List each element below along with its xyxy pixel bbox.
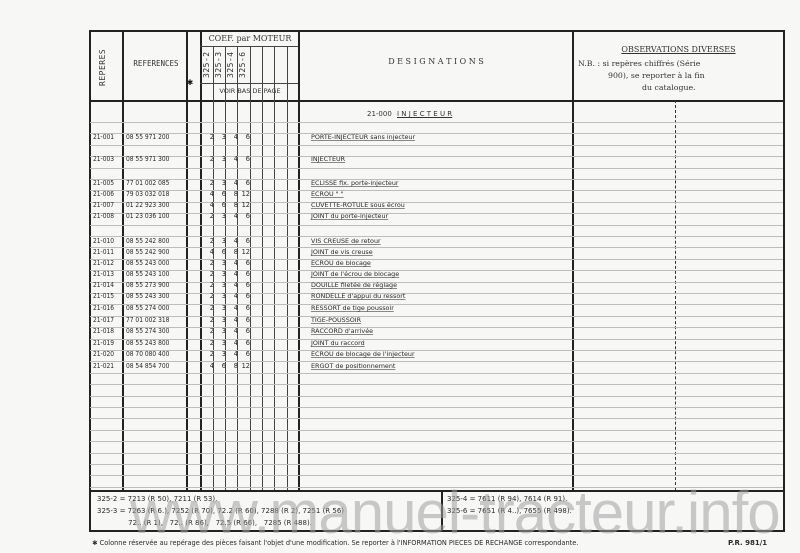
coef-cell: 6	[238, 270, 250, 278]
coef-cell: 12	[238, 248, 250, 256]
coef-cell: 3	[214, 304, 226, 312]
repere-cell: 21-020	[93, 350, 114, 358]
ruled-line	[90, 441, 783, 442]
coef-col-325-6: 325-6	[238, 50, 248, 80]
designation-cell: VIS CREUSE de retour	[311, 237, 381, 245]
designation-cell: ECLISSE fix. porte-injecteur	[311, 179, 399, 187]
coef-cell: 6	[238, 292, 250, 300]
designation-cell: ECROU de blocage	[311, 259, 371, 267]
coef-cell: 2	[202, 292, 214, 300]
coef-cell: 8	[226, 248, 238, 256]
observations-note-line1: N.B. : si repères chiffrés (Série	[578, 59, 700, 68]
designation-cell: ECROU " "	[311, 190, 344, 198]
coef-cell: 3	[214, 350, 226, 358]
reference-cell: 08 54 854 700	[126, 362, 169, 370]
repere-cell: 21-015	[93, 292, 114, 300]
col-sep-coef-1	[213, 47, 214, 490]
coef-cell: 2	[202, 212, 214, 220]
ruled-line	[90, 225, 783, 226]
col-sep-designations	[572, 30, 574, 490]
repere-cell: 21-021	[93, 362, 114, 370]
col-sep-observations	[675, 100, 677, 490]
reference-cell: 08 55 243 300	[126, 292, 169, 300]
ruled-line	[90, 168, 783, 169]
reperes-header: REPERES	[98, 40, 107, 95]
coef-cell: 4	[202, 201, 214, 209]
coef-cell: 6	[238, 133, 250, 141]
col-sep-coef-6	[274, 47, 275, 490]
ruled-line	[90, 327, 783, 328]
coef-header: COEF. par MOTEUR	[202, 34, 298, 43]
coef-cell: 2	[202, 237, 214, 245]
repere-cell: 21-013	[93, 270, 114, 278]
reference-cell: 08 55 971 300	[126, 155, 169, 163]
ruled-line	[90, 361, 783, 362]
coef-cell: 4	[226, 237, 238, 245]
coef-cell: 4	[226, 339, 238, 347]
coef-cell: 3	[214, 155, 226, 163]
coef-col-325-4: 325-4	[226, 50, 236, 80]
ruled-line	[90, 384, 783, 385]
designation-cell: PORTE-INJECTEUR sans injecteur	[311, 133, 415, 141]
ruled-line	[90, 304, 783, 305]
repere-cell: 21-011	[93, 248, 114, 256]
coef-cell: 3	[214, 281, 226, 289]
reference-cell: 79 03 032 018	[126, 190, 169, 198]
asterisk-icon: ✱	[187, 77, 193, 88]
coef-cell: 4	[226, 259, 238, 267]
coef-cell: 2	[202, 350, 214, 358]
ruled-line	[90, 122, 783, 123]
coef-cell: 4	[226, 155, 238, 163]
coef-cell: 2	[202, 270, 214, 278]
repere-cell: 21-003	[93, 155, 114, 163]
observations-note-line2: 900), se reporter à la fin	[608, 71, 705, 80]
designation-cell: RESSORT de tige poussoir	[311, 304, 394, 312]
repere-cell: 21-008	[93, 212, 114, 220]
observations-header: OBSERVATIONS DIVERSES	[574, 45, 783, 54]
repere-cell: 21-001	[93, 133, 114, 141]
repere-cell: 21-007	[93, 201, 114, 209]
repere-cell: 21-006	[93, 190, 114, 198]
coef-cell: 4	[226, 327, 238, 335]
coef-cell: 3	[214, 327, 226, 335]
ruled-line	[90, 475, 783, 476]
coef-cell: 4	[202, 362, 214, 370]
coef-cell: 3	[214, 292, 226, 300]
col-sep-coef-3	[237, 47, 238, 490]
voir-bas-de-page: VOIR BAS DE PAGE	[202, 87, 298, 95]
reference-cell: 08 55 243 000	[126, 259, 169, 267]
coef-cell: 12	[238, 362, 250, 370]
col-sep-coef-5	[262, 47, 263, 490]
coef-cell: 4	[226, 292, 238, 300]
coef-cell: 4	[226, 179, 238, 187]
reference-cell: 08 55 274 300	[126, 327, 169, 335]
col-sep-coef-4	[250, 47, 251, 490]
coef-cell: 6	[214, 248, 226, 256]
coef-cell: 6	[238, 304, 250, 312]
ruled-line	[90, 396, 783, 397]
ruled-line	[90, 373, 783, 374]
ruled-line	[90, 430, 783, 431]
section-title: I N J E C T E U R	[397, 110, 452, 118]
coef-cell: 4	[226, 304, 238, 312]
coef-cell: 6	[238, 237, 250, 245]
reference-cell: 08 55 971 200	[126, 133, 169, 141]
coef-cell: 4	[226, 212, 238, 220]
reference-cell: 08 70 080 400	[126, 350, 169, 358]
repere-cell: 21-018	[93, 327, 114, 335]
watermark-text: www.manuel-tracteur.info	[130, 478, 780, 547]
ruled-line	[90, 464, 783, 465]
repere-cell: 21-010	[93, 237, 114, 245]
reference-cell: 01 22 923 300	[126, 201, 169, 209]
reference-cell: 08 55 242 900	[126, 248, 169, 256]
coef-cell: 2	[202, 259, 214, 267]
ruled-line	[90, 247, 783, 248]
coef-cell: 2	[202, 327, 214, 335]
ruled-line	[90, 418, 783, 419]
coef-cell: 4	[202, 190, 214, 198]
ruled-line	[90, 270, 783, 271]
designation-cell: TIGE-POUSSOIR	[311, 316, 361, 324]
coef-cell: 6	[214, 201, 226, 209]
coef-cell: 8	[226, 190, 238, 198]
col-sep-coef-end	[298, 30, 300, 490]
frame-left	[89, 30, 91, 532]
repere-cell: 21-017	[93, 316, 114, 324]
coef-cell: 6	[238, 281, 250, 289]
coef-cell: 2	[202, 281, 214, 289]
designation-cell: JOINT de l'écrou de blocage	[311, 270, 399, 278]
reference-cell: 08 55 273 900	[126, 281, 169, 289]
designation-cell: CUVETTE-ROTULE sous écrou	[311, 201, 405, 209]
coef-cell: 3	[214, 237, 226, 245]
coef-cell: 8	[226, 201, 238, 209]
designation-cell: JOINT du raccord	[311, 339, 365, 347]
ruled-line	[90, 236, 783, 237]
repere-cell: 21-005	[93, 179, 114, 187]
reference-cell: 08 55 242 800	[126, 237, 169, 245]
header-bottom-rule	[89, 100, 785, 102]
coef-cell: 6	[238, 350, 250, 358]
reference-cell: 77 01 002 318	[126, 316, 169, 324]
designations-header: D E S I G N A T I O N S	[300, 57, 572, 66]
coef-cell: 6	[238, 339, 250, 347]
col-sep-reperes	[122, 30, 124, 490]
coef-cell: 3	[214, 179, 226, 187]
coef-cell: 4	[226, 350, 238, 358]
coef-cell: 8	[226, 362, 238, 370]
reference-cell: 77 01 002 085	[126, 179, 169, 187]
repere-cell: 21-016	[93, 304, 114, 312]
frame-top	[89, 30, 785, 32]
coef-cell: 3	[214, 316, 226, 324]
col-sep-coef-2	[225, 47, 226, 490]
coef-cell: 6	[238, 155, 250, 163]
coef-cell: 3	[214, 259, 226, 267]
repere-cell: 21-019	[93, 339, 114, 347]
coef-cell: 3	[214, 339, 226, 347]
coef-cell: 4	[226, 316, 238, 324]
coef-cell: 6	[238, 259, 250, 267]
ruled-line	[90, 293, 783, 294]
coef-cell: 2	[202, 179, 214, 187]
ruled-line	[90, 213, 783, 214]
col-sep-references	[186, 30, 188, 490]
coef-cell: 2	[202, 339, 214, 347]
designation-cell: RACCORD d'arrivée	[311, 327, 373, 335]
coef-cell: 4	[202, 248, 214, 256]
ruled-line	[90, 259, 783, 260]
ruled-line	[90, 350, 783, 351]
coef-voir-rule	[200, 83, 298, 84]
ruled-line	[90, 190, 783, 191]
coef-cell: 3	[214, 212, 226, 220]
coef-cell: 12	[238, 201, 250, 209]
coef-cell: 6	[238, 327, 250, 335]
coef-cell: 4	[226, 270, 238, 278]
ruled-line	[90, 316, 783, 317]
coef-cell: 4	[226, 281, 238, 289]
ruled-line	[90, 407, 783, 408]
ruled-line	[90, 156, 783, 157]
ruled-line	[90, 282, 783, 283]
reference-cell: 01 23 036 100	[126, 212, 169, 220]
section-code: 21-000	[367, 110, 392, 118]
reference-cell: 08 55 274 000	[126, 304, 169, 312]
coef-cell: 4	[226, 133, 238, 141]
ruled-line	[90, 145, 783, 146]
coef-col-325-2: 325-2	[202, 50, 212, 80]
col-sep-coef-7	[287, 47, 288, 490]
coef-title-rule	[200, 46, 298, 47]
designation-cell: RONDELLE d'appui du ressort	[311, 292, 405, 300]
ruled-line	[90, 339, 783, 340]
coef-cell: 6	[238, 212, 250, 220]
references-header: REFERENCES	[126, 59, 186, 68]
ruled-line	[90, 202, 783, 203]
ruled-line	[90, 453, 783, 454]
coef-cell: 2	[202, 304, 214, 312]
observations-note-line3: du catalogue.	[642, 83, 696, 92]
frame-right	[783, 30, 785, 532]
designation-cell: ECROU de blocage de l'injecteur	[311, 350, 415, 358]
repere-cell: 21-012	[93, 259, 114, 267]
ruled-line	[90, 133, 783, 134]
designation-cell: JOINT de vis creuse	[311, 248, 373, 256]
designation-cell: ERGOT de positionnement	[311, 362, 395, 370]
repere-cell: 21-014	[93, 281, 114, 289]
designation-cell: INJECTEUR	[311, 155, 345, 163]
coef-cell: 6	[214, 190, 226, 198]
coef-cell: 3	[214, 270, 226, 278]
coef-cell: 3	[214, 133, 226, 141]
designation-cell: DOUILLE filetée de réglage	[311, 281, 397, 289]
reference-cell: 08 55 243 100	[126, 270, 169, 278]
coef-cell: 2	[202, 155, 214, 163]
coef-cell: 12	[238, 190, 250, 198]
coef-cell: 2	[202, 316, 214, 324]
ruled-line	[90, 179, 783, 180]
reference-cell: 08 55 243 800	[126, 339, 169, 347]
coef-cell: 6	[238, 316, 250, 324]
coef-col-325-3: 325-3	[214, 50, 224, 80]
coef-cell: 2	[202, 133, 214, 141]
coef-cell: 6	[214, 362, 226, 370]
coef-cell: 6	[238, 179, 250, 187]
designation-cell: JOINT du porte-injecteur	[311, 212, 388, 220]
